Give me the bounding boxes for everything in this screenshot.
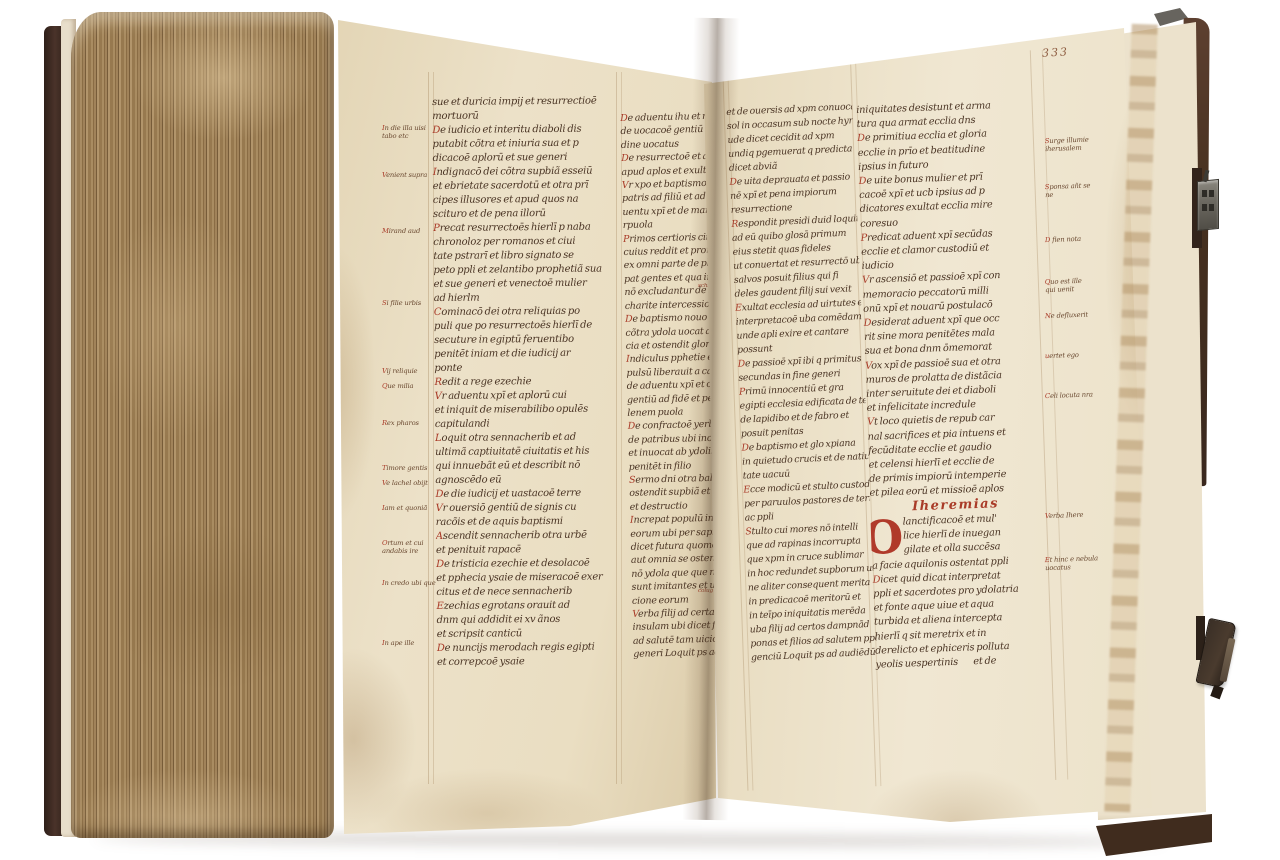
text-line: Loquit otra sennacherib et ad (435, 432, 576, 444)
red-initial: S (745, 526, 752, 537)
text-line: secuture in egiptū feruentibo (434, 334, 574, 346)
text-line: ecclie in prīo et beatitudine (858, 143, 986, 158)
clasp-upper-icon (1190, 168, 1228, 248)
text-line: gilate et olla succēsa (903, 542, 1000, 556)
red-initial: R (434, 377, 441, 388)
text-line: eius stetit quas fideles (732, 242, 831, 257)
text-line: penitēt in filio (629, 460, 692, 473)
text-line: nal sacrifices et pia intuens et (867, 427, 1006, 443)
text-line: et fonte aque uiue et aqua (873, 599, 994, 614)
red-initial: E (436, 601, 443, 612)
text-line: posuit penitas (741, 426, 804, 440)
text-line: mortuorū (432, 111, 478, 122)
text-line: secundas in fine generi (738, 368, 841, 384)
text-line: Vox xpī de passioē sua et otra (865, 356, 1001, 372)
text-line: et correpcoē ysaie (437, 656, 525, 668)
text-line: Vr ouersiō gentiū de signis cu (436, 502, 577, 514)
red-initial: I (630, 515, 634, 526)
text-line: turbida et aliena intercepta (874, 613, 1002, 628)
red-initial: D (625, 314, 633, 325)
text-line: lice hierlī de inuegan (903, 527, 1001, 541)
text-line: ppli et sacerdotes pro ydolatria (873, 584, 1019, 600)
text-line: fecūditate ecclie et gaudio (868, 441, 992, 456)
text-line: tura qua armat ecclia dns (857, 115, 976, 130)
text-line: sol in occasum sub nocte hyron (727, 115, 865, 132)
text-line: ac ppli (744, 511, 774, 523)
text-line: agnoscēdo eū (435, 474, 501, 486)
red-initial: D (435, 489, 443, 500)
red-initial: V (436, 503, 443, 514)
red-initial: I (626, 354, 630, 365)
right-page-column-1: et de ouersis ad xpm conuocat dosol in o… (726, 100, 878, 677)
text-line: Desiderat aduent xpī que occ (863, 313, 999, 329)
text-line: lanctificacoē et mul' (902, 513, 997, 527)
text-line: De tristicia ezechie et desolacoē (436, 558, 590, 570)
red-initial: D (437, 643, 445, 654)
text-line: iudicio (861, 260, 893, 272)
text-line: nē xpī et pena impiorum (730, 186, 837, 202)
red-initial: A (436, 531, 443, 542)
text-line: Precat resurrectoēs hierlī p naba (433, 222, 591, 234)
text-line: genciū Loquit ps ad audiēdū (751, 647, 876, 664)
red-initial: P (623, 233, 629, 244)
red-initial: D (741, 442, 749, 453)
text-line: iniquitates desistunt et arma (856, 100, 991, 116)
text-line: et pphecia ysaie de miseracoē exer (436, 572, 602, 584)
text-line: scituro et de pena illorū (433, 208, 546, 220)
text-line: salvos posuit filius qui fi (734, 270, 839, 286)
text-line: puli que po resurrectoēs hierlī de (434, 320, 592, 332)
text-line: Dicet quid dicat interpretat (872, 570, 1000, 585)
text-line: et scripsit canticū (437, 628, 522, 640)
text-line: dicatores exultat ecclia mire (860, 200, 993, 216)
text-line: Redit a rege ezechie (434, 376, 531, 388)
text-line: et destructio (630, 500, 688, 512)
text-line: dine uocatus (621, 138, 679, 150)
text-line: cacoē xpī et ucb ipsius ad p (859, 186, 985, 201)
red-initial: P (860, 233, 867, 244)
text-line: citus et de nece sennacherib (436, 586, 572, 598)
red-initial: V (862, 275, 869, 286)
text-line: qui innuebãt eū et describit nō (435, 460, 580, 472)
clasp-slots (1202, 190, 1214, 216)
text-line: et celensi hierlī et ecclie de (868, 455, 994, 470)
text-line: resurrectione (730, 202, 792, 216)
text-line: Indignacō dei cõtra supbiã esseiū (433, 166, 593, 178)
text-line: yeolis uespertinis et de (875, 655, 996, 670)
text-line: putabit cõtra et iniuria sua et p (432, 138, 578, 150)
red-initial: D (859, 176, 867, 187)
text-line: cipes illusores et apud quos na (433, 194, 579, 206)
red-initial: D (620, 113, 628, 124)
red-initial: D (436, 559, 444, 570)
text-line: inter seruitute dei et diaboli (866, 384, 996, 400)
red-initial: L (435, 433, 442, 444)
text-line: Cominacō dei otra reliquias po (434, 306, 580, 318)
text-line: chronoloz per romanos et ciui (433, 236, 575, 248)
text-line: ipsius in futuro (858, 159, 928, 172)
red-initial: D (857, 133, 865, 144)
text-block-fore-edge (71, 12, 334, 838)
text-line: et penituit rapacē (436, 544, 521, 556)
text-line: egipti ecclesia edificata de terra (739, 394, 877, 411)
text-line: De primitiua ecclia et gloria (857, 129, 987, 145)
rubric-heading: Iheremias (912, 497, 999, 514)
text-line: undiq pgemuerat q predicta (728, 143, 853, 160)
red-initial: D (628, 421, 636, 432)
text-line: rit sine mora penitētes mala (864, 328, 995, 344)
text-line: Vr aduentu xpī et aplorū cui (435, 390, 567, 402)
text-line: per paruulos pastores de terra (744, 492, 878, 509)
text-line: derelicto et ephiceris polluta (875, 641, 1010, 657)
red-initial: D (621, 153, 629, 164)
right-page: 333 et de ouersis ad xpm conuocat dosol … (698, 14, 1168, 830)
text-line: coresuo (860, 217, 898, 229)
red-initial: C (434, 307, 442, 318)
text-line: dicacoē aplorū et sue generi (432, 152, 567, 164)
text-line: peto ppli et zelantibo prophetiã sua (433, 264, 601, 276)
red-initial: I (433, 167, 437, 178)
clasp-tip (1210, 685, 1224, 700)
text-line: in quietudo crucis et de natiui (742, 451, 873, 468)
text-line: tate uacuū (743, 468, 791, 481)
text-line: Vt loco quietis de repub car (867, 413, 995, 428)
text-line: unde apli exire et cantare (736, 326, 849, 342)
red-initial: V (622, 180, 629, 191)
red-initial: V (435, 391, 442, 402)
text-line: et iniquit de miserabilibo opulēs (435, 404, 588, 416)
text-line: tate pstrarī et libro signato se (433, 250, 574, 262)
red-initial: V (867, 417, 874, 428)
red-initial: V (865, 360, 871, 371)
manuscript-photo: In die illa uisitabo etcVenient supraMir… (0, 0, 1280, 860)
text-line: capitulandi (435, 419, 490, 430)
left-page-column-1: sue et duricia impij et resurrectioēmort… (432, 94, 629, 688)
red-initial: P (739, 386, 746, 397)
text-line: et sue generi et venectoē mulier (434, 278, 587, 290)
text-line: Stulto cui mores nō intelli (745, 521, 858, 537)
red-initial: E (735, 302, 742, 313)
red-initial: S (629, 475, 636, 486)
text-line: rpuola (623, 219, 653, 231)
text-line: dnm qui addidit ei xv ãnos (437, 614, 561, 626)
red-initial: D (737, 358, 745, 369)
red-initial: V (632, 609, 638, 620)
text-line: penitēt iniam et die iudicij ar (434, 348, 570, 360)
red-initial: D (432, 125, 440, 136)
text-line: ultimã captiuitatē ciuitatis et his (435, 446, 589, 458)
text-line: ponte (434, 363, 462, 374)
text-line: De uite bonus mulier et prī (859, 172, 983, 187)
text-line: memoracio peccatorū milli (862, 285, 988, 300)
text-line: lenem puola (627, 406, 683, 418)
text-line: muros de prolatta de distãcia (865, 370, 1002, 386)
text-line: possunt (737, 343, 773, 356)
text-line: ad hierlm (434, 293, 480, 304)
text-line: ecclie et clamor custodiū et (861, 242, 989, 257)
text-line: De die iudicij et uastacoē terre (435, 488, 581, 500)
left-page: In die illa uisitabo etcVenient supraMir… (330, 14, 722, 838)
red-initial: E (743, 484, 750, 495)
text-line: et ebrietate sacerdotū et otra prī (433, 180, 589, 192)
text-line: in predicacoē meritorū et (748, 591, 861, 607)
text-line: Primū innocentiū et gra (739, 382, 844, 398)
red-initial: P (433, 223, 440, 234)
text-line: Predicat aduent xpī secūdas (860, 228, 992, 244)
red-initial: D (863, 318, 871, 329)
right-page-column-2: iniquitates desistunt et armatura qua ar… (856, 97, 1074, 688)
text-line: sua et bona dnm ōmemorat (864, 342, 992, 357)
text-line: Ascendit sennacherib otra urbē (436, 530, 587, 542)
text-line: sue et duricia impij et resurrectioē (432, 96, 597, 108)
text-line: cione eorum (632, 594, 689, 606)
text-line: De nuncijs merodach regis egipti (437, 642, 595, 654)
text-line: Vr ascensiō et passioē xpī con (862, 271, 1001, 287)
folio-number: 333 (1042, 45, 1070, 59)
text-line: De iudicio et interitu diaboli dis (432, 124, 581, 136)
text-line: de lapidibo et de fabro et (740, 410, 849, 426)
text-line: onū xpī et nouarū postulacō (863, 299, 993, 315)
text-line: hierlī q sit meretrix et in (874, 627, 986, 642)
text-line: racõis et de aquis baptismi (436, 516, 563, 528)
text-line: De passioē xpī ibi q primitus (737, 353, 861, 370)
clasp-lower-icon (1196, 612, 1248, 708)
red-initial: D (872, 574, 880, 585)
text-line: ut conuertat et resurrectō uba (733, 255, 867, 272)
text-line: et infelicitate incredule (866, 399, 975, 414)
text-line: ude dicet cecidit ad xpm (727, 130, 834, 146)
text-line: Ezechias egrotans orauit ad (436, 600, 570, 612)
